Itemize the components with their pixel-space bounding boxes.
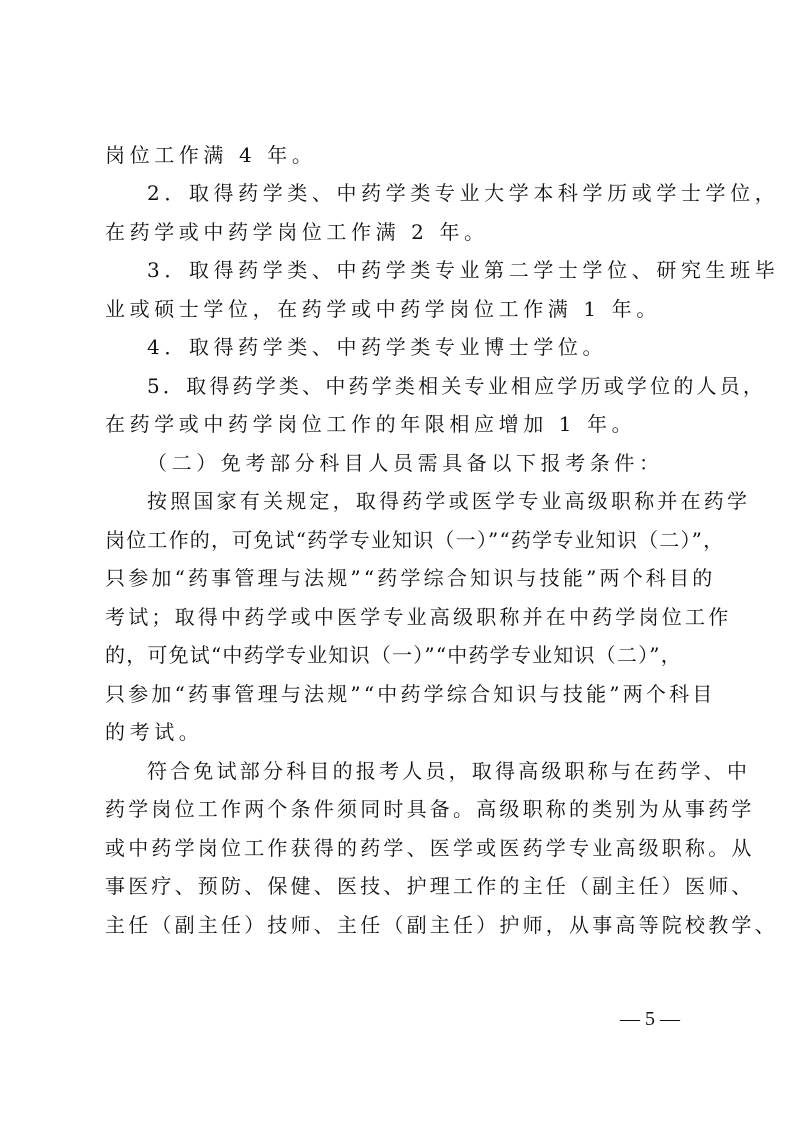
paragraph-1-line-2: 岗位工作的，可免试“药学专业知识（一）”“药学专业知识（二）”， <box>105 525 724 555</box>
paragraph-2-line-2: 药学岗位工作两个条件须同时具备。高级职称的类别为从事药学 <box>105 794 755 824</box>
paragraph-1-line-7: 的考试。 <box>105 717 203 747</box>
text-line: 岗位工作满 4 年。 <box>105 140 316 170</box>
list-item-4: 4．取得药学类、中药学类专业博士学位。 <box>105 332 607 362</box>
list-item-2-line-2: 在药学或中药学岗位工作满 2 年。 <box>105 217 489 247</box>
list-item-5-line-2: 在药学或中药学岗位工作的年限相应增加 1 年。 <box>105 409 636 439</box>
paragraph-2-line-4: 事医疗、预防、保健、医技、护理工作的主任（副主任）医师、 <box>105 871 755 901</box>
paragraph-1-line-6: 只参加“药事管理与法规”“中药学综合知识与技能”两个科目 <box>105 679 716 709</box>
document-page: 岗位工作满 4 年。 2．取得药学类、中药学类专业大学本科学历或学士学位， 在药… <box>0 0 794 1123</box>
paragraph-1-line-4: 考试；取得中药学或中医学专业高级职称并在中药学岗位工作 <box>105 602 731 632</box>
paragraph-2-line-1: 符合免试部分科目的报考人员，取得高级职称与在药学、中 <box>105 756 750 786</box>
paragraph-2-line-3: 或中药学岗位工作获得的药学、医学或医药学专业高级职称。从 <box>105 833 755 863</box>
paragraph-2-line-5: 主任（副主任）技师、主任（副主任）护师，从事高等院校教学、 <box>105 910 778 940</box>
list-item-3-line-2: 业或硕士学位，在药学或中药学岗位工作满 1 年。 <box>105 294 661 324</box>
paragraph-1-line-5: 的，可免试“中药学专业知识（一）”“中药学专业知识（二）”， <box>105 640 682 670</box>
paragraph-1-line-1: 按照国家有关规定，取得药学或医学专业高级职称并在药学 <box>105 486 750 516</box>
paragraph-1-line-3: 只参加“药事管理与法规”“药学综合知识与技能”两个科目的 <box>105 563 716 593</box>
section-heading-2: （二）免考部分科目人员需具备以下报考条件： <box>105 448 664 478</box>
list-item-3-line-1: 3．取得药学类、中药学类专业第二学士学位、研究生班毕 <box>105 255 779 285</box>
page-number: — 5 — <box>620 1004 680 1034</box>
list-item-2-line-1: 2．取得药学类、中药学类专业大学本科学历或学士学位， <box>105 178 779 208</box>
list-item-5-line-1: 5．取得药学类、中药学类相关专业相应学历或学位的人员， <box>105 371 766 401</box>
